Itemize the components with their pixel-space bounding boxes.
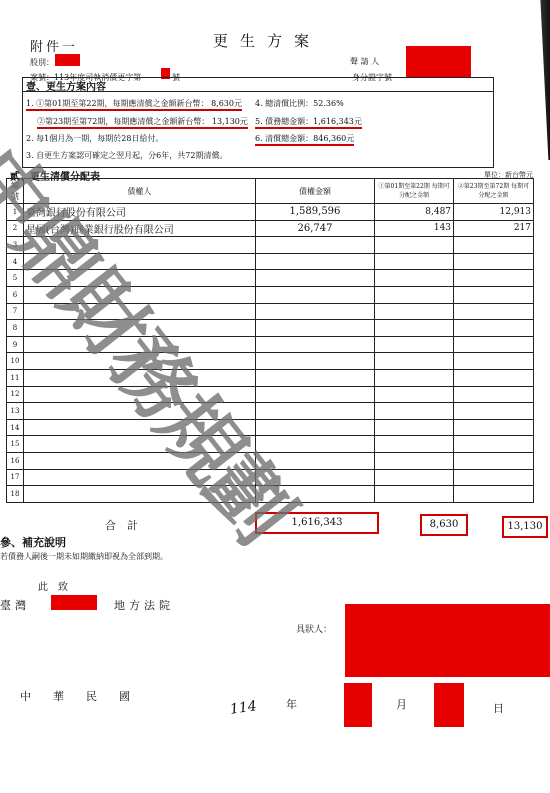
period2-amount [454, 270, 534, 287]
distribution-table: 編號 債權人 債權金額 ①第01期至第22期 每期可分配之金額 ②第23期至第7… [6, 178, 534, 503]
court-prefix: 臺灣 [0, 597, 30, 613]
table-row: 8 [7, 320, 534, 337]
period2-amount [454, 452, 534, 469]
claim-amount [255, 320, 374, 337]
claim-amount [255, 403, 374, 420]
supplement-text: 若債務人嗣後一期未如期繳納即視為全部到期。 [0, 551, 168, 562]
creditor-name [23, 320, 255, 337]
claim-amount [255, 469, 374, 486]
row-number: 14 [7, 419, 24, 436]
row-number: 12 [7, 386, 24, 403]
row-number: 3 [7, 237, 24, 254]
scan-edge-shadow [534, 0, 550, 160]
table-row: 10 [7, 353, 534, 370]
creditor-name [23, 486, 255, 503]
table-row: 9 [7, 336, 534, 353]
table-row: 17 [7, 469, 534, 486]
table-row: 6 [7, 286, 534, 303]
period1-amount [375, 486, 454, 503]
claim-amount [255, 303, 374, 320]
plan-item-6: 6. 清償總金額：846,360元 [255, 133, 354, 146]
claim-amount [255, 286, 374, 303]
claim-amount [255, 353, 374, 370]
day-label: 日 [493, 700, 504, 716]
period2-amount: 12,913 [454, 204, 534, 221]
claim-amount [255, 386, 374, 403]
claim-amount [255, 270, 374, 287]
table-row: 13 [7, 403, 534, 420]
row-number: 4 [7, 253, 24, 270]
creditor-name: 臺灣銀行股份有限公司 [23, 204, 255, 221]
claim-amount: 1,589,596 [255, 204, 374, 221]
unit-label: 股別： [30, 57, 54, 68]
row-number: 7 [7, 303, 24, 320]
plan-item-4: 4. 總清償比例：52.36% [255, 98, 344, 109]
plan-item-5: 5. 債務總金額：1,616,343元 [255, 116, 362, 129]
section1-heading: 壹、更生方案內容 [26, 78, 106, 93]
period2-amount [454, 436, 534, 453]
page-title: 更生方案 [213, 30, 321, 51]
period1-amount [375, 286, 454, 303]
period2-amount [454, 386, 534, 403]
col-header-amount: 債權金額 [255, 179, 374, 204]
period1-amount [375, 436, 454, 453]
creditor-name: 星展(台灣)商業銀行股份有限公司 [23, 220, 255, 237]
table-row: 4 [7, 253, 534, 270]
court-suffix: 地方法院 [114, 597, 174, 613]
period1-amount [375, 469, 454, 486]
col-header-number: 編號 [7, 179, 24, 204]
row-number: 10 [7, 353, 24, 370]
creditor-name [23, 403, 255, 420]
creditor-name [23, 419, 255, 436]
applicant-label: 聲 請 人 [350, 56, 379, 67]
row-number: 2 [7, 220, 24, 237]
period2-amount [454, 336, 534, 353]
table-row: 15 [7, 436, 534, 453]
creditor-name [23, 303, 255, 320]
period2-amount: 217 [454, 220, 534, 237]
redaction-day [434, 683, 464, 727]
salutation: 此 致 [38, 578, 68, 593]
plan-content-header: 壹、更生方案內容 [23, 78, 493, 92]
period1-amount [375, 419, 454, 436]
period2-amount [454, 403, 534, 420]
period1-amount [375, 386, 454, 403]
period1-amount [375, 237, 454, 254]
period2-amount [454, 486, 534, 503]
total-amount: 1,616,343 [255, 512, 379, 534]
total-label: 合 計 [105, 517, 138, 533]
table-row: 14 [7, 419, 534, 436]
row-number: 9 [7, 336, 24, 353]
col-header-creditor: 債權人 [23, 179, 255, 204]
table-row: 18 [7, 486, 534, 503]
date-prefix: 中 華 民 國 [20, 688, 130, 704]
period2-amount [454, 353, 534, 370]
table-row: 12 [7, 386, 534, 403]
signer-label: 具狀人： [296, 622, 332, 635]
period2-amount [454, 369, 534, 386]
row-number: 5 [7, 270, 24, 287]
claim-amount [255, 253, 374, 270]
period2-amount [454, 237, 534, 254]
table-header-row: 編號 債權人 債權金額 ①第01期至第22期 每期可分配之金額 ②第23期至第7… [7, 179, 534, 204]
claim-amount: 26,747 [255, 220, 374, 237]
redaction-month [344, 683, 372, 727]
plan-item-3: 3. 自更生方案認可確定之翌月起，分6年，共72期清償。 [26, 150, 227, 161]
claim-amount [255, 452, 374, 469]
row-number: 17 [7, 469, 24, 486]
row-number: 1 [7, 204, 24, 221]
section3-heading: 參、補充說明 [0, 534, 66, 550]
creditor-name [23, 353, 255, 370]
table-row: 16 [7, 452, 534, 469]
creditor-name [23, 436, 255, 453]
period1-amount [375, 303, 454, 320]
redaction-signer [345, 604, 550, 677]
plan-content-box: 壹、更生方案內容 1. ①第01期至第22期，每期應清償之金額新台幣： 8,63… [22, 77, 494, 168]
redaction-applicant [406, 46, 471, 78]
claim-amount [255, 237, 374, 254]
plan-item-1b: ②第23期至第72期，每期應清償之金額新台幣： 13,130元 [37, 116, 248, 129]
row-number: 13 [7, 403, 24, 420]
table-row: 1臺灣銀行股份有限公司1,589,5968,48712,913 [7, 204, 534, 221]
period1-amount [375, 253, 454, 270]
year-label: 年 [286, 696, 297, 712]
creditor-name [23, 469, 255, 486]
period1-amount [375, 452, 454, 469]
col-header-period2: ②第23期至第72期 每期可分配之金額 [454, 179, 534, 204]
creditor-name [23, 286, 255, 303]
period2-amount [454, 253, 534, 270]
row-number: 16 [7, 452, 24, 469]
plan-item-2: 2. 每1個月為一期，每期於28日給付。 [26, 133, 163, 144]
table-row: 11 [7, 369, 534, 386]
period1-amount: 8,487 [375, 204, 454, 221]
total-period2: 13,130 [502, 516, 548, 538]
redaction-court [51, 595, 97, 610]
claim-amount [255, 486, 374, 503]
year-handwritten: 114 [229, 698, 258, 718]
table-row: 3 [7, 237, 534, 254]
period1-amount [375, 369, 454, 386]
period2-amount [454, 320, 534, 337]
row-number: 8 [7, 320, 24, 337]
redaction-unit [55, 54, 80, 66]
period1-amount [375, 320, 454, 337]
period2-amount [454, 419, 534, 436]
creditor-name [23, 452, 255, 469]
table-row: 2星展(台灣)商業銀行股份有限公司26,747143217 [7, 220, 534, 237]
period1-amount [375, 336, 454, 353]
claim-amount [255, 436, 374, 453]
period2-amount [454, 469, 534, 486]
period1-amount [375, 403, 454, 420]
row-number: 15 [7, 436, 24, 453]
col-header-period1: ①第01期至第22期 每期可分配之金額 [375, 179, 454, 204]
claim-amount [255, 336, 374, 353]
claim-amount [255, 419, 374, 436]
period2-amount [454, 286, 534, 303]
row-number: 6 [7, 286, 24, 303]
claim-amount [255, 369, 374, 386]
plan-item-1a: 1. ①第01期至第22期，每期應清償之金額新台幣： 8,630元 [26, 98, 242, 111]
creditor-name [23, 336, 255, 353]
period1-amount [375, 270, 454, 287]
creditor-name [23, 386, 255, 403]
table-row: 5 [7, 270, 534, 287]
creditor-name [23, 237, 255, 254]
row-number: 11 [7, 369, 24, 386]
period2-amount [454, 303, 534, 320]
creditor-name [23, 253, 255, 270]
creditor-name [23, 270, 255, 287]
period1-amount [375, 353, 454, 370]
creditor-name [23, 369, 255, 386]
month-label: 月 [396, 696, 407, 712]
attachment-label: 附件一 [30, 36, 78, 55]
table-row: 7 [7, 303, 534, 320]
row-number: 18 [7, 486, 24, 503]
period1-amount: 143 [375, 220, 454, 237]
total-period1: 8,630 [420, 514, 468, 536]
